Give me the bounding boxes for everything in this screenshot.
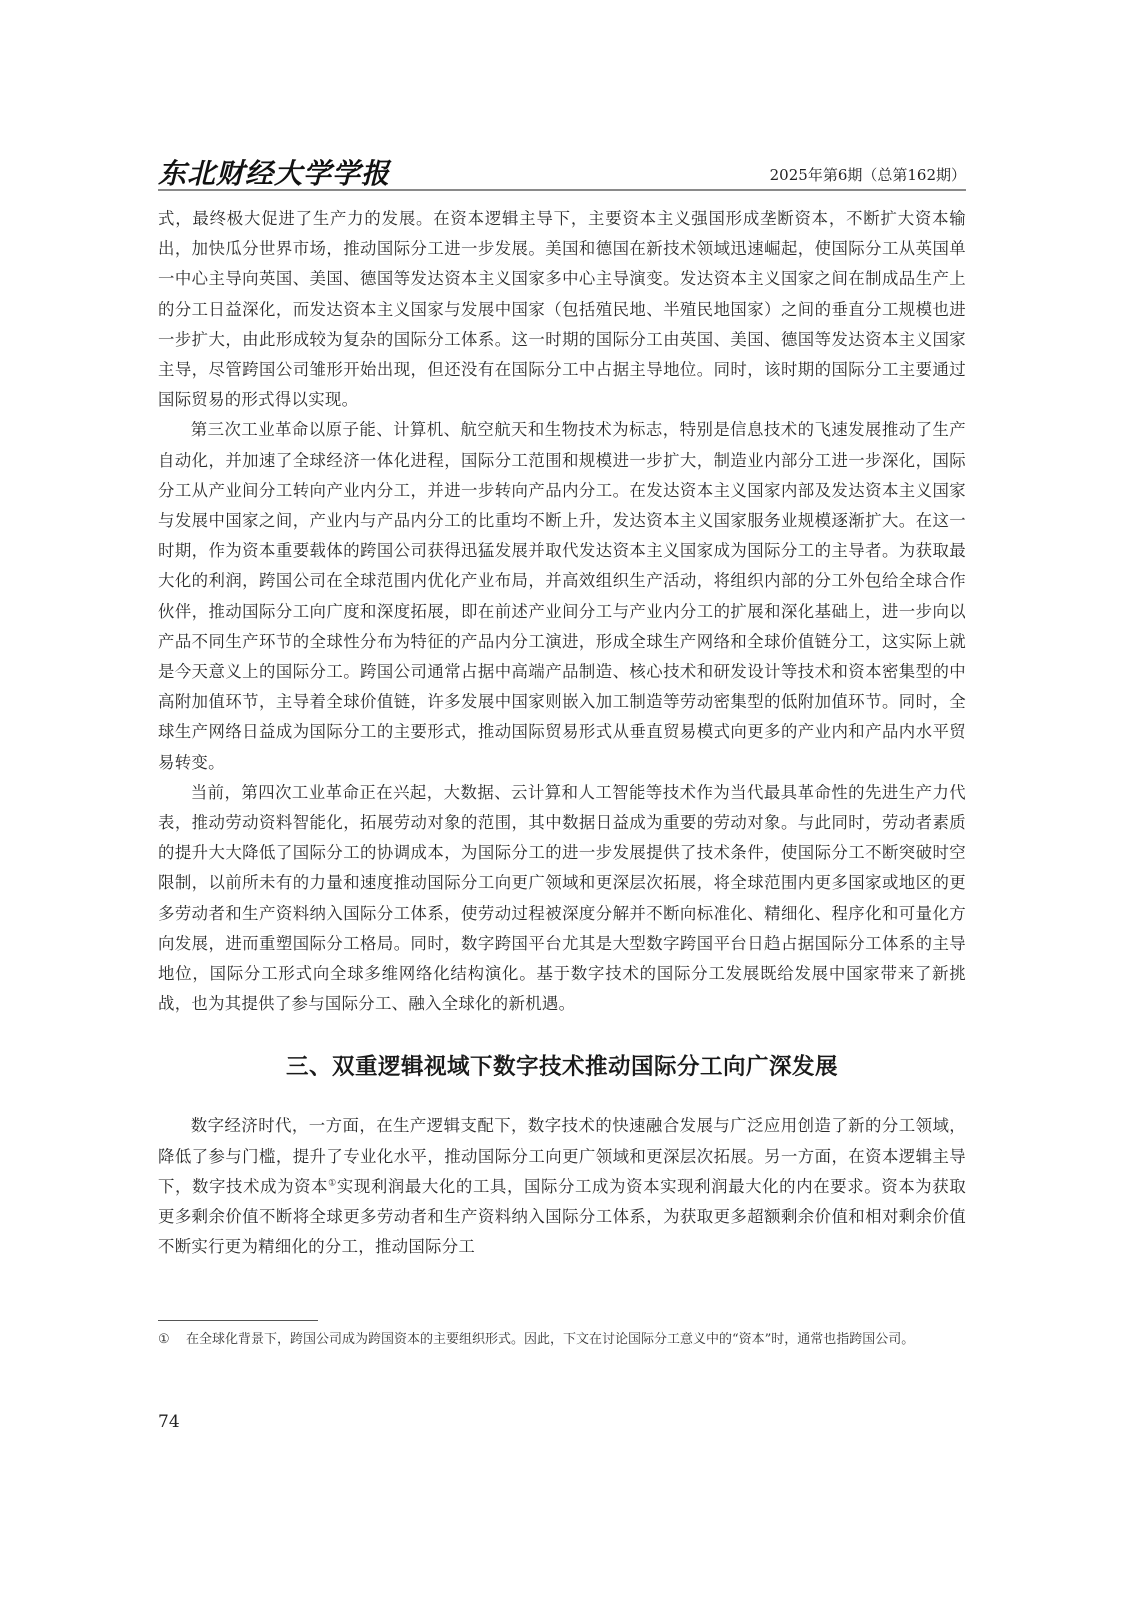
journal-title: 东北财经大学学报: [158, 152, 390, 192]
paragraph-third-industrial-revolution: 第三次工业革命以原子能、计算机、航空航天和生物技术为标志，特别是信息技术的飞速发…: [158, 415, 966, 777]
article-body: 式，最终极大促进了生产力的发展。在资本逻辑主导下，主要资本主义强国形成垄断资本，…: [158, 204, 966, 1263]
paragraph-continued: 式，最终极大促进了生产力的发展。在资本逻辑主导下，主要资本主义强国形成垄断资本，…: [158, 204, 966, 415]
footnote-reference[interactable]: ①: [328, 1178, 337, 1188]
footnote: ① 在全球化背景下，跨国公司成为跨国资本的主要组织形式。因此，下文在讨论国际分工…: [158, 1328, 966, 1352]
running-header: 东北财经大学学报 2025年第6期（总第162期）: [158, 150, 966, 190]
footnote-text: 在全球化背景下，跨国公司成为跨国资本的主要组织形式。因此，下文在讨论国际分工意义…: [186, 1328, 966, 1352]
paragraph-fourth-industrial-revolution: 当前，第四次工业革命正在兴起，大数据、云计算和人工智能等技术作为当代最具革命性的…: [158, 778, 966, 1020]
footnote-mark: ①: [158, 1328, 170, 1352]
issue-info: 2025年第6期（总第162期）: [770, 164, 966, 185]
page-number: 74: [158, 1412, 180, 1432]
footnote-rule: [158, 1320, 318, 1321]
paragraph-section-intro: 数字经济时代，一方面，在生产逻辑支配下，数字技术的快速融合发展与广泛应用创造了新…: [158, 1111, 966, 1262]
header-rule: [158, 189, 966, 191]
section-heading: 三、双重逻辑视域下数字技术推动国际分工向广深发展: [158, 1049, 966, 1081]
